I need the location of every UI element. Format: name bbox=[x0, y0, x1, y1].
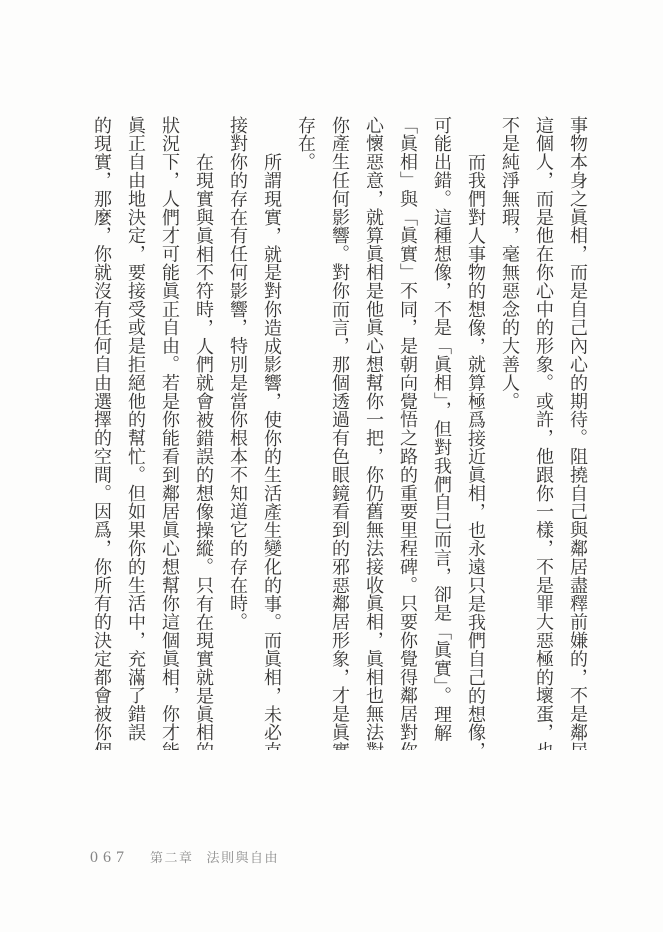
text-column: 而我們對人事物的想像，就算極爲接近眞相，也永遠只是我們自己的想像， bbox=[459, 116, 493, 750]
text-column: 的現實，那麼，你就沒有任何自由選擇的空間。因爲，你所有的決定都會被你個 bbox=[85, 116, 119, 750]
text-column: 心懷惡意，就算眞相是他眞心想幫你一把，你仍舊無法接收眞相，眞相也無法對 bbox=[357, 116, 391, 750]
text-column: 可能出錯。這種想像，不是「眞相」，但對我們自己而言，卻是「眞實」。理解 bbox=[425, 116, 459, 750]
chapter-title: 法則與自由 bbox=[207, 847, 280, 866]
text-column: 這個人，而是他在你心中的形象。或許，他跟你一樣，不是罪大惡極的壞蛋，也 bbox=[527, 116, 561, 750]
chapter-label: 第二章 bbox=[150, 847, 194, 866]
book-page: 事物本身之眞相，而是自己內心的期待。阻撓自己與鄰居盡釋前嫌的，不是鄰居 這個人，… bbox=[0, 0, 663, 932]
text-column: 不是純淨無瑕，毫無惡念的大善人。 bbox=[493, 116, 527, 750]
body-text: 事物本身之眞相，而是自己內心的期待。阻撓自己與鄰居盡釋前嫌的，不是鄰居 這個人，… bbox=[85, 116, 595, 750]
text-column: 你產生任何影響。對你而言，那個透過有色眼鏡看到的邪惡鄰居形象，才是眞實 bbox=[323, 116, 357, 750]
page-footer: 067 第二章 法則與自由 bbox=[90, 847, 279, 867]
text-column: 狀況下，人們才可能眞正自由。若是你能看到鄰居眞心想幫你這個眞相，你才能 bbox=[153, 116, 187, 750]
page-number: 067 bbox=[90, 849, 129, 867]
text-column: 事物本身之眞相，而是自己內心的期待。阻撓自己與鄰居盡釋前嫌的，不是鄰居 bbox=[561, 116, 595, 750]
text-column: 「眞相」與「眞實」不同，是朝向覺悟之路的重要里程碑。只要你覺得鄰居對你 bbox=[391, 116, 425, 750]
text-column: 接對你的存在有任何影響，特別是當你根本不知道它的存在時。 bbox=[221, 116, 255, 750]
text-column: 在現實與眞相不符時，人們就會被錯誤的想像操縱。只有在現實就是眞相的 bbox=[187, 116, 221, 750]
text-column: 所謂現實，就是對你造成影響，使你的生活產生變化的事。而眞相，未必直 bbox=[255, 116, 289, 750]
text-column: 眞正自由地決定，要接受或是拒絕他的幫忙。但如果你的生活中，充滿了錯誤 bbox=[119, 116, 153, 750]
text-column: 存在。 bbox=[289, 116, 323, 750]
